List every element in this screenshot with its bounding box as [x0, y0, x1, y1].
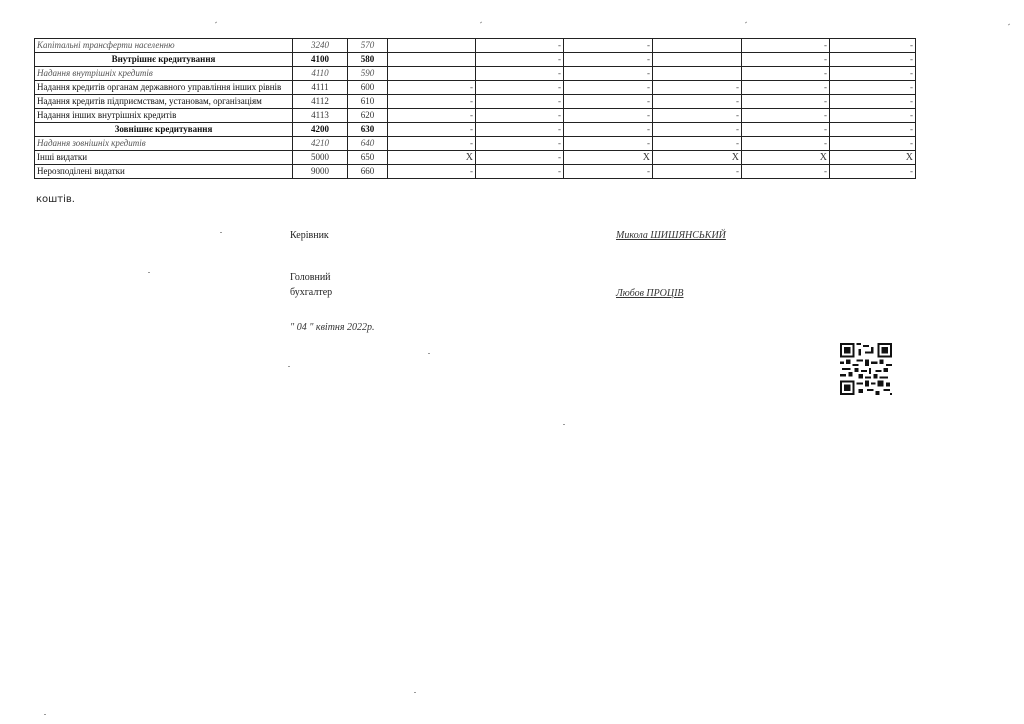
- head-title: Керівник: [290, 230, 329, 241]
- row-line-number: 610: [348, 95, 388, 109]
- value-cell: X: [742, 151, 830, 165]
- document-page: Капітальні трансферти населенню3240570--…: [0, 0, 1024, 724]
- row-code: 5000: [293, 151, 348, 165]
- footer-note: коштів.: [36, 194, 75, 205]
- value-cell: -: [564, 39, 653, 53]
- value-cell: -: [830, 95, 916, 109]
- row-line-number: 570: [348, 39, 388, 53]
- value-cell: -: [742, 137, 830, 151]
- table-row: Інші видатки5000650X-XXXX: [35, 151, 916, 165]
- value-cell: -: [476, 109, 564, 123]
- table-row: Зовнішнє кредитування4200630------: [35, 123, 916, 137]
- scan-speck: [563, 424, 565, 425]
- value-cell: -: [388, 165, 476, 179]
- value-cell: [388, 53, 476, 67]
- value-cell: X: [830, 151, 916, 165]
- value-cell: -: [653, 81, 742, 95]
- row-code: 3240: [293, 39, 348, 53]
- expenditure-table: Капітальні трансферти населенню3240570--…: [34, 38, 916, 179]
- row-code: 4113: [293, 109, 348, 123]
- value-cell: -: [476, 137, 564, 151]
- row-code: 4200: [293, 123, 348, 137]
- table-row: Внутрішнє кредитування4100580----: [35, 53, 916, 67]
- value-cell: -: [564, 67, 653, 81]
- row-name: Інші видатки: [35, 151, 293, 165]
- value-cell: -: [742, 67, 830, 81]
- head-name: Микола ШИШЯНСЬКИЙ: [616, 230, 726, 241]
- value-cell: -: [476, 165, 564, 179]
- table-row: Капітальні трансферти населенню3240570--…: [35, 39, 916, 53]
- value-cell: -: [476, 53, 564, 67]
- accountant-title-line1: Головний: [290, 272, 331, 283]
- row-line-number: 650: [348, 151, 388, 165]
- value-cell: -: [742, 123, 830, 137]
- value-cell: X: [388, 151, 476, 165]
- value-cell: -: [564, 109, 653, 123]
- row-line-number: 620: [348, 109, 388, 123]
- value-cell: [653, 53, 742, 67]
- value-cell: -: [742, 95, 830, 109]
- row-code: 4210: [293, 137, 348, 151]
- value-cell: -: [476, 151, 564, 165]
- document-date: " 04 " квітня 2022р.: [290, 322, 375, 333]
- row-code: 4112: [293, 95, 348, 109]
- value-cell: -: [388, 81, 476, 95]
- value-cell: -: [653, 123, 742, 137]
- value-cell: [388, 67, 476, 81]
- value-cell: -: [476, 67, 564, 81]
- scan-speck: [148, 272, 150, 273]
- value-cell: -: [388, 123, 476, 137]
- scan-speck: [215, 22, 217, 24]
- value-cell: -: [742, 53, 830, 67]
- scan-speck: [414, 692, 416, 693]
- value-cell: -: [742, 39, 830, 53]
- scan-speck: [428, 353, 430, 354]
- value-cell: -: [742, 165, 830, 179]
- table-row: Нерозподілені видатки9000660------: [35, 165, 916, 179]
- value-cell: -: [830, 109, 916, 123]
- value-cell: [388, 39, 476, 53]
- qr-code-icon: [840, 340, 892, 398]
- row-code: 4100: [293, 53, 348, 67]
- value-cell: [653, 67, 742, 81]
- scan-speck: [1008, 24, 1010, 26]
- value-cell: -: [830, 53, 916, 67]
- row-code: 9000: [293, 165, 348, 179]
- value-cell: -: [830, 123, 916, 137]
- scan-speck: [44, 714, 46, 715]
- row-name: Надання зовнішніх кредитів: [35, 137, 293, 151]
- row-name: Капітальні трансферти населенню: [35, 39, 293, 53]
- row-line-number: 580: [348, 53, 388, 67]
- row-name: Надання внутрішніх кредитів: [35, 67, 293, 81]
- row-line-number: 640: [348, 137, 388, 151]
- scan-speck: [745, 22, 747, 24]
- row-line-number: 600: [348, 81, 388, 95]
- value-cell: -: [564, 95, 653, 109]
- table-row: Надання внутрішніх кредитів4110590----: [35, 67, 916, 81]
- value-cell: -: [564, 81, 653, 95]
- scan-speck: [288, 366, 290, 367]
- value-cell: -: [476, 81, 564, 95]
- value-cell: -: [388, 109, 476, 123]
- value-cell: X: [564, 151, 653, 165]
- value-cell: -: [742, 81, 830, 95]
- value-cell: -: [653, 109, 742, 123]
- value-cell: -: [388, 137, 476, 151]
- table-row: Надання інших внутрішніх кредитів4113620…: [35, 109, 916, 123]
- table-row: Надання кредитів підприємствам, установа…: [35, 95, 916, 109]
- accountant-name: Любов ПРОЦІВ: [616, 288, 684, 299]
- value-cell: -: [830, 67, 916, 81]
- row-code: 4110: [293, 67, 348, 81]
- value-cell: -: [564, 137, 653, 151]
- row-name: Нерозподілені видатки: [35, 165, 293, 179]
- scan-speck: [480, 22, 482, 24]
- row-name: Зовнішнє кредитування: [35, 123, 293, 137]
- value-cell: X: [653, 151, 742, 165]
- value-cell: -: [653, 95, 742, 109]
- value-cell: -: [830, 165, 916, 179]
- value-cell: -: [742, 109, 830, 123]
- row-code: 4111: [293, 81, 348, 95]
- value-cell: [653, 39, 742, 53]
- row-name: Надання інших внутрішніх кредитів: [35, 109, 293, 123]
- value-cell: -: [830, 39, 916, 53]
- value-cell: -: [388, 95, 476, 109]
- row-line-number: 590: [348, 67, 388, 81]
- row-line-number: 660: [348, 165, 388, 179]
- row-name: Надання кредитів органам державного упра…: [35, 81, 293, 95]
- scan-speck: [220, 232, 222, 233]
- value-cell: -: [653, 137, 742, 151]
- table-row: Надання кредитів органам державного упра…: [35, 81, 916, 95]
- table-row: Надання зовнішніх кредитів4210640------: [35, 137, 916, 151]
- row-line-number: 630: [348, 123, 388, 137]
- value-cell: -: [476, 123, 564, 137]
- row-name: Внутрішнє кредитування: [35, 53, 293, 67]
- value-cell: -: [564, 123, 653, 137]
- value-cell: -: [476, 39, 564, 53]
- value-cell: -: [564, 53, 653, 67]
- accountant-title-line2: бухгалтер: [290, 287, 332, 298]
- value-cell: -: [476, 95, 564, 109]
- row-name: Надання кредитів підприємствам, установа…: [35, 95, 293, 109]
- value-cell: -: [564, 165, 653, 179]
- value-cell: -: [653, 165, 742, 179]
- value-cell: -: [830, 137, 916, 151]
- value-cell: -: [830, 81, 916, 95]
